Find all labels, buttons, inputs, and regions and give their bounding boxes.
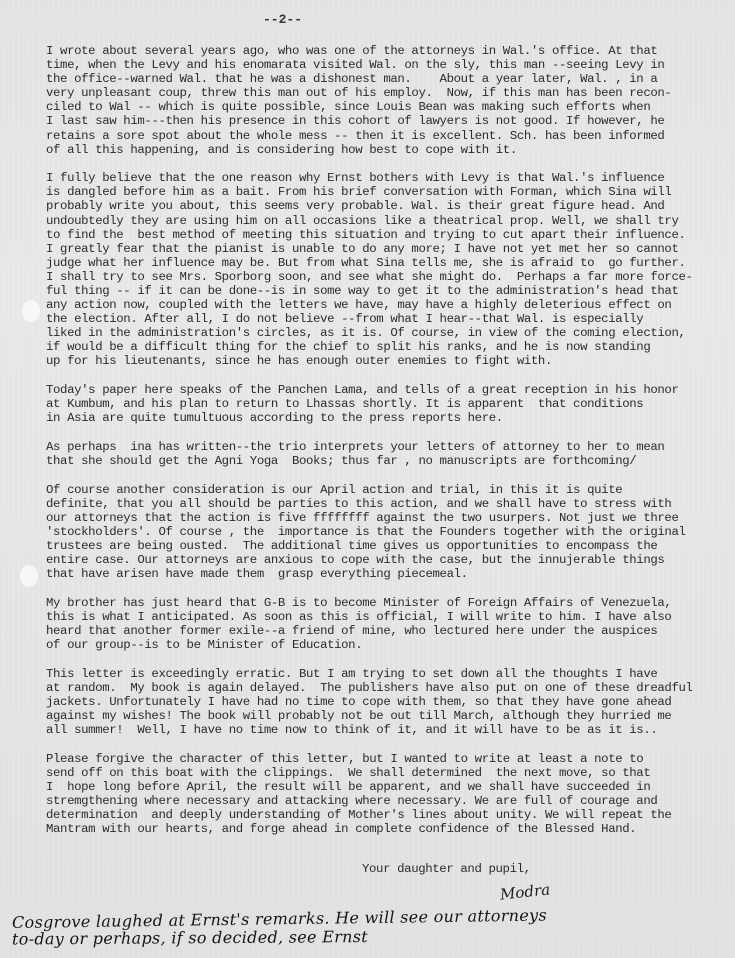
- text-line: our attorneys that the action is five ff…: [46, 511, 726, 525]
- text-line: heard that another former exile--a frien…: [46, 624, 726, 638]
- letter-page: --2-- I wrote about several years ago, w…: [0, 0, 735, 958]
- text-line: of our group--is to be Minister of Educa…: [46, 638, 726, 652]
- text-line: at random. My book is again delayed. The…: [46, 681, 726, 695]
- text-line: undoubtedly they are using him on all oc…: [46, 214, 726, 228]
- paragraph-forgive: Please forgive the character of this let…: [46, 752, 726, 837]
- letter-closing: Your daughter and pupil,: [362, 862, 531, 876]
- punch-hole-upper: [22, 300, 40, 322]
- text-line: very unpleasant coup, threw this man out…: [46, 86, 726, 100]
- text-line: Please forgive the character of this let…: [46, 752, 726, 766]
- paragraph-attorney: I wrote about several years ago, who was…: [46, 44, 726, 157]
- punch-hole-lower: [20, 565, 38, 587]
- text-line: ciled to Wal -- which is quite possible,…: [46, 100, 726, 114]
- text-line: that have arisen have made them grasp ev…: [46, 567, 726, 581]
- text-line: Today's paper here speaks of the Panchen…: [46, 383, 726, 397]
- text-line: time, when the Levy and his enomarata vi…: [46, 58, 726, 72]
- paragraph-erratic-letter: This letter is exceedingly erratic. But …: [46, 667, 726, 737]
- text-line: liked in the administration's circles, a…: [46, 326, 726, 340]
- text-line: against my wishes! The book will probabl…: [46, 709, 726, 723]
- text-line: that she should get the Agni Yoga Books;…: [46, 454, 726, 468]
- text-line: of all this happening, and is considerin…: [46, 143, 726, 157]
- text-line: This letter is exceedingly erratic. But …: [46, 667, 726, 681]
- text-line: this is what I anticipated. As soon as t…: [46, 610, 726, 624]
- text-line: any action now, coupled with the letters…: [46, 298, 726, 312]
- text-line: is dangled before him as a bait. From hi…: [46, 185, 726, 199]
- text-line: in Asia are quite tumultuous according t…: [46, 411, 726, 425]
- paragraph-influence: I fully believe that the one reason why …: [46, 171, 726, 368]
- text-line: send off on this boat with the clippings…: [46, 766, 726, 780]
- text-line: the election. After all, I do not believ…: [46, 312, 726, 326]
- text-line: 'stockholders'. Of course , the importan…: [46, 525, 726, 539]
- text-line: definite, that you all should be parties…: [46, 497, 726, 511]
- text-line: trustees are being ousted. The additiona…: [46, 539, 726, 553]
- text-line: jackets. Unfortunately I have had no tim…: [46, 695, 726, 709]
- page-number: --2--: [263, 12, 302, 27]
- text-line: if would be a difficult thing for the ch…: [46, 340, 726, 354]
- text-line: As perhaps ina has written--the trio int…: [46, 440, 726, 454]
- handwritten-line: to-day or perhaps, if so decided, see Er…: [12, 924, 732, 948]
- text-line: retains a sore spot about the whole mess…: [46, 129, 726, 143]
- text-line: judge what her influence may be. But fro…: [46, 256, 726, 270]
- text-line: at Kumbum, and his plan to return to Lha…: [46, 397, 726, 411]
- text-line: all summer! Well, I have no time now to …: [46, 723, 726, 737]
- text-line: Mantram with our hearts, and forge ahead…: [46, 822, 726, 836]
- handwritten-signature: Modra: [499, 880, 551, 903]
- text-line: probably write you about, this seems ver…: [46, 199, 726, 213]
- text-line: stremgthening where necessary and attack…: [46, 794, 726, 808]
- text-line: to find the best method of meeting this …: [46, 228, 726, 242]
- text-line: I greatly fear that the pianist is unabl…: [46, 242, 726, 256]
- text-line: up for his lieutenants, since he has eno…: [46, 354, 726, 368]
- text-line: entire case. Our attorneys are anxious t…: [46, 553, 726, 567]
- text-line: My brother has just heard that G-B is to…: [46, 596, 726, 610]
- text-line: I shall try to see Mrs. Sporborg soon, a…: [46, 270, 726, 284]
- text-line: ful thing -- if it can be done--is in so…: [46, 284, 726, 298]
- paragraph-agni-yoga: As perhaps ina has written--the trio int…: [46, 440, 726, 468]
- text-line: the office--warned Wal. that he was a di…: [46, 72, 726, 86]
- text-line: I wrote about several years ago, who was…: [46, 44, 726, 58]
- text-line: Of course another consideration is our A…: [46, 483, 726, 497]
- text-line: I hope long before April, the result wil…: [46, 780, 726, 794]
- text-line: I last saw him---then his presence in th…: [46, 114, 726, 128]
- handwritten-postscript: Cosgrove laughed at Ernst's remarks. He …: [12, 908, 732, 946]
- paragraph-panchen-lama: Today's paper here speaks of the Panchen…: [46, 383, 726, 425]
- letter-body: I wrote about several years ago, who was…: [46, 44, 726, 851]
- paragraph-april-action: Of course another consideration is our A…: [46, 483, 726, 582]
- text-line: determination and deeply understanding o…: [46, 808, 726, 822]
- paragraph-venezuela: My brother has just heard that G-B is to…: [46, 596, 726, 652]
- text-line: I fully believe that the one reason why …: [46, 171, 726, 185]
